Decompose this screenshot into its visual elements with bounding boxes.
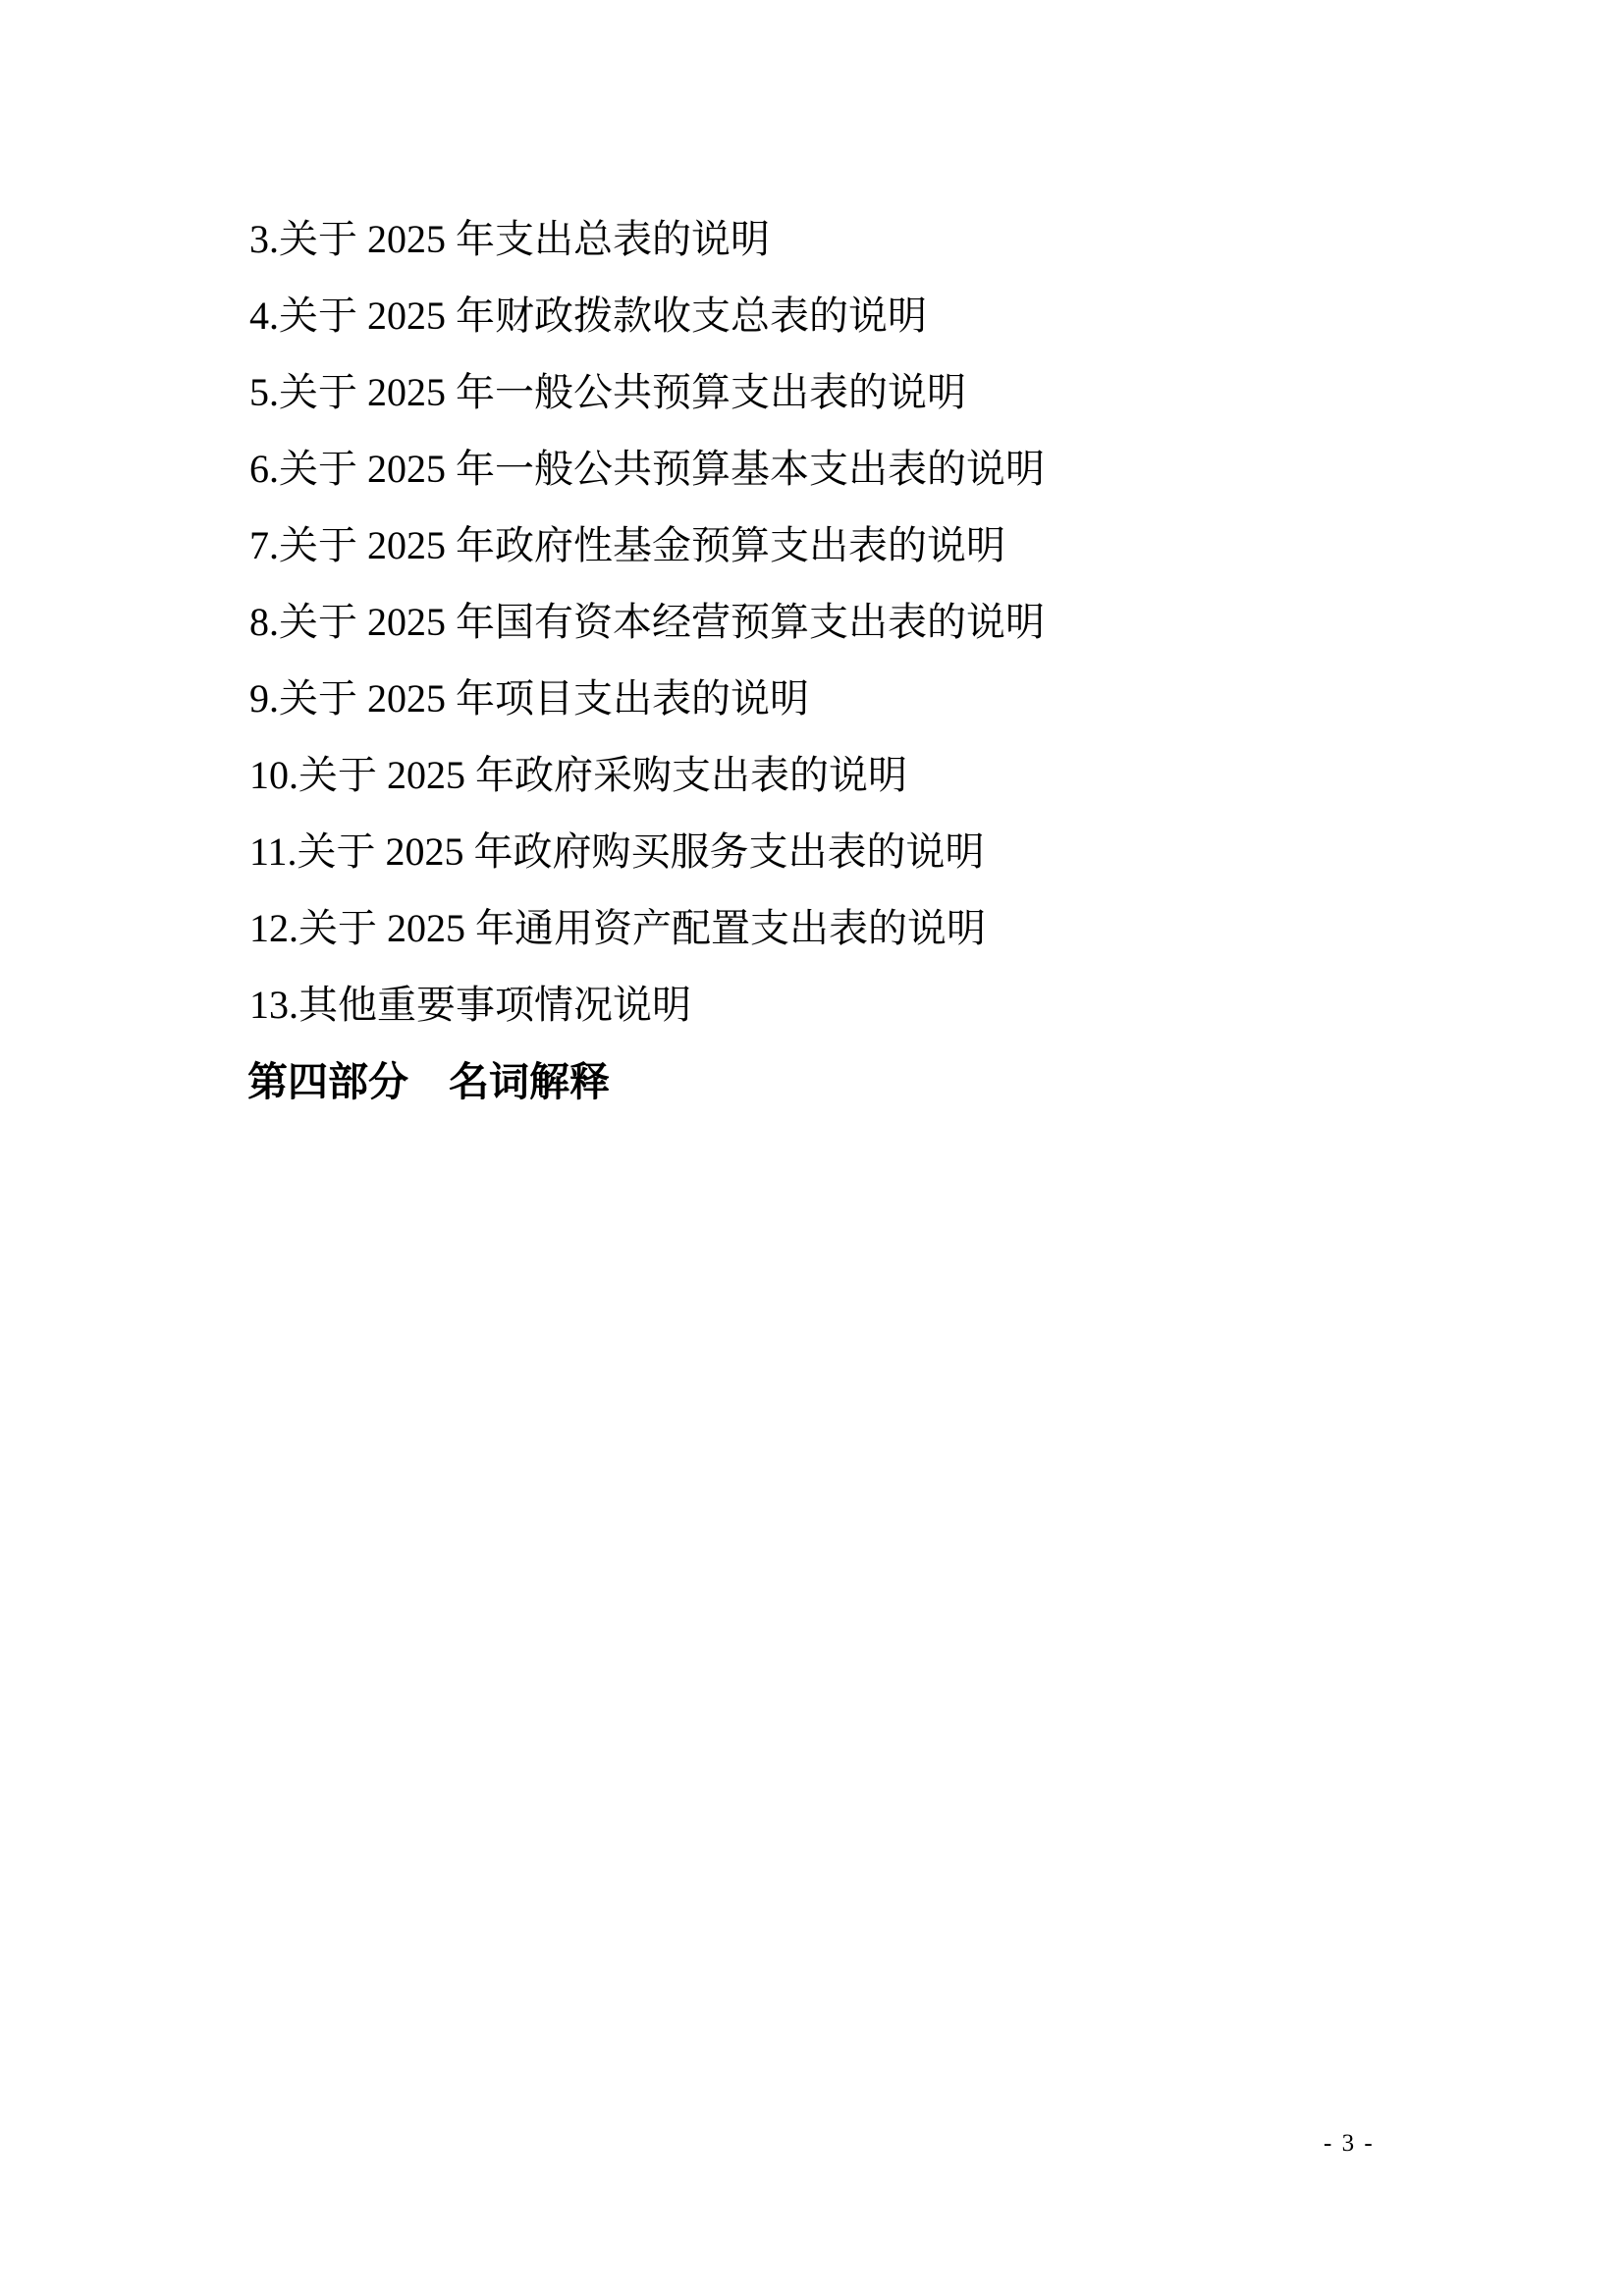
document-page: 3.关于 2025 年支出总表的说明 4.关于 2025 年财政拨款收支总表的说… xyxy=(0,0,1624,2296)
toc-item: 6.关于 2025 年一般公共预算基本支出表的说明 xyxy=(0,431,1624,507)
toc-item: 7.关于 2025 年政府性基金预算支出表的说明 xyxy=(0,507,1624,584)
toc-item: 12.关于 2025 年通用资产配置支出表的说明 xyxy=(0,890,1624,967)
toc-item: 3.关于 2025 年支出总表的说明 xyxy=(0,201,1624,278)
toc-item: 9.关于 2025 年项目支出表的说明 xyxy=(0,661,1624,737)
section-heading: 第四部分 名词解释 xyxy=(0,1043,1624,1120)
toc-item: 13.其他重要事项情况说明 xyxy=(0,967,1624,1043)
table-of-contents: 3.关于 2025 年支出总表的说明 4.关于 2025 年财政拨款收支总表的说… xyxy=(0,201,1624,1120)
toc-item: 4.关于 2025 年财政拨款收支总表的说明 xyxy=(0,278,1624,354)
toc-item: 8.关于 2025 年国有资本经营预算支出表的说明 xyxy=(0,584,1624,661)
toc-item: 5.关于 2025 年一般公共预算支出表的说明 xyxy=(0,354,1624,431)
toc-item: 11.关于 2025 年政府购买服务支出表的说明 xyxy=(0,814,1624,890)
toc-item: 10.关于 2025 年政府采购支出表的说明 xyxy=(0,737,1624,814)
page-number: - 3 - xyxy=(1324,2128,1375,2160)
